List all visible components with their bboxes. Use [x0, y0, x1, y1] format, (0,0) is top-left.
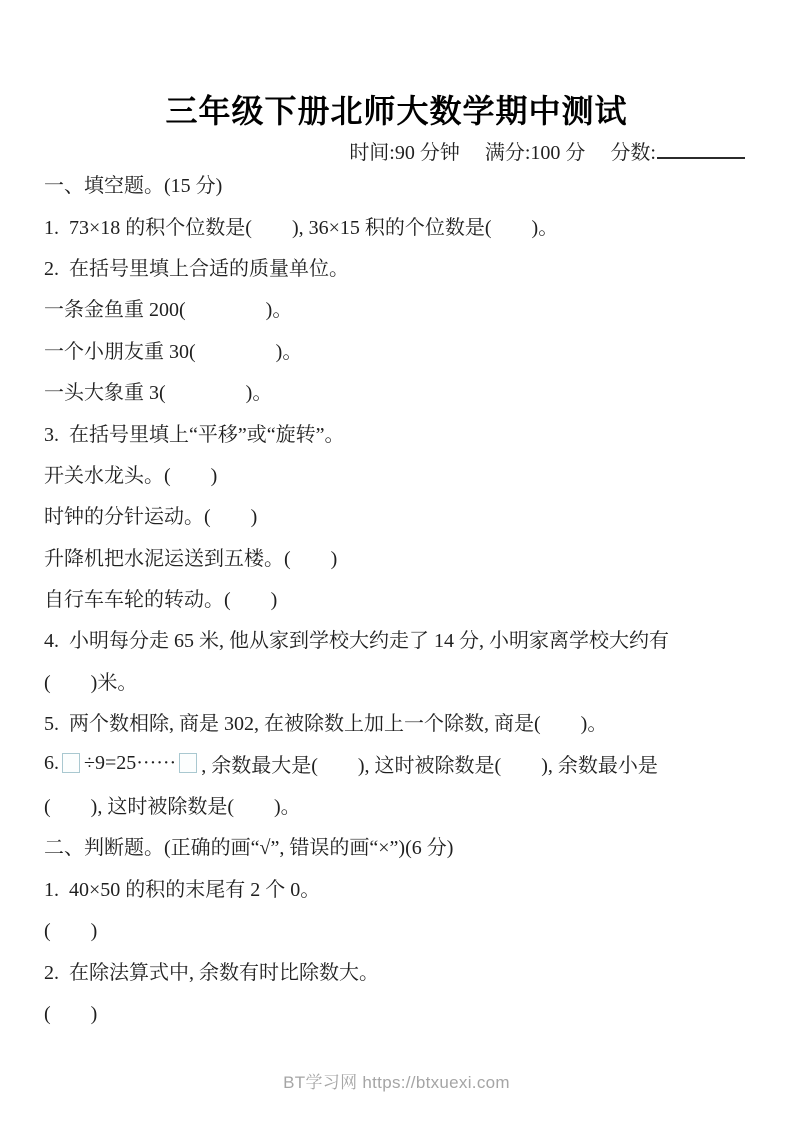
question-3-clock-blank: 时钟的分针运动。( ): [44, 494, 753, 535]
score-blank-underline: [657, 144, 745, 159]
question-3-wheel-blank: 自行车车轮的转动。( ): [44, 577, 753, 618]
exam-meta-line: 时间:90 分钟 满分:100 分 分数:: [349, 136, 745, 165]
full-score-label: 满分:100 分: [485, 142, 586, 164]
judge-question-1: 1. 40×50 的积的末尾有 2 个 0。: [44, 867, 753, 908]
question-2: 2. 在括号里填上合适的质量单位。: [44, 246, 753, 287]
question-6-continuation: ( ), 这时被除数是( )。: [44, 784, 753, 825]
question-4-continuation: ( )米。: [44, 660, 753, 701]
score-label: 分数:: [610, 142, 656, 164]
meta-gap-1: [460, 142, 485, 164]
question-3-tap-blank: 开关水龙头。( ): [44, 453, 753, 494]
question-6: 6.÷9=25······, 余数最大是( ), 这时被除数是( ), 余数最小…: [44, 742, 753, 783]
question-3-lift-blank: 升降机把水泥运送到五楼。( ): [44, 536, 753, 577]
question-body: 一、填空题。(15 分) 1. 73×18 的积个位数是( ), 36×15 积…: [44, 163, 753, 1032]
time-label: 时间:90 分钟: [349, 142, 460, 164]
section-1-heading: 一、填空题。(15 分): [44, 163, 753, 204]
section-2-heading: 二、判断题。(正确的画“√”, 错误的画“×”)(6 分): [44, 825, 753, 866]
test-paper-page: 三年级下册北师大数学期中测试 时间:90 分钟 满分:100 分 分数: 一、填…: [0, 0, 793, 1122]
question-2-elephant-blank: 一头大象重 3( )。: [44, 370, 753, 411]
remainder-box: [179, 753, 197, 773]
question-1: 1. 73×18 的积个位数是( ), 36×15 积的个位数是( )。: [44, 204, 753, 245]
page-title: 三年级下册北师大数学期中测试: [0, 86, 793, 132]
question-2-child-blank: 一个小朋友重 30( )。: [44, 329, 753, 370]
question-2-goldfish-blank: 一条金鱼重 200( )。: [44, 287, 753, 328]
judge-question-1-answer-blank: ( ): [44, 908, 753, 949]
judge-question-2: 2. 在除法算式中, 余数有时比除数大。: [44, 949, 753, 990]
judge-question-2-answer-blank: ( ): [44, 991, 753, 1032]
question-4: 4. 小明每分走 65 米, 他从家到学校大约走了 14 分, 小明家离学校大约…: [44, 618, 753, 659]
dividend-box: [62, 753, 80, 773]
question-5: 5. 两个数相除, 商是 302, 在被除数上加上一个除数, 商是( )。: [44, 701, 753, 742]
meta-gap-2: [585, 142, 610, 164]
site-watermark: BT学习网 https://btxuexi.com: [0, 1068, 793, 1093]
question-3: 3. 在括号里填上“平移”或“旋转”。: [44, 411, 753, 452]
